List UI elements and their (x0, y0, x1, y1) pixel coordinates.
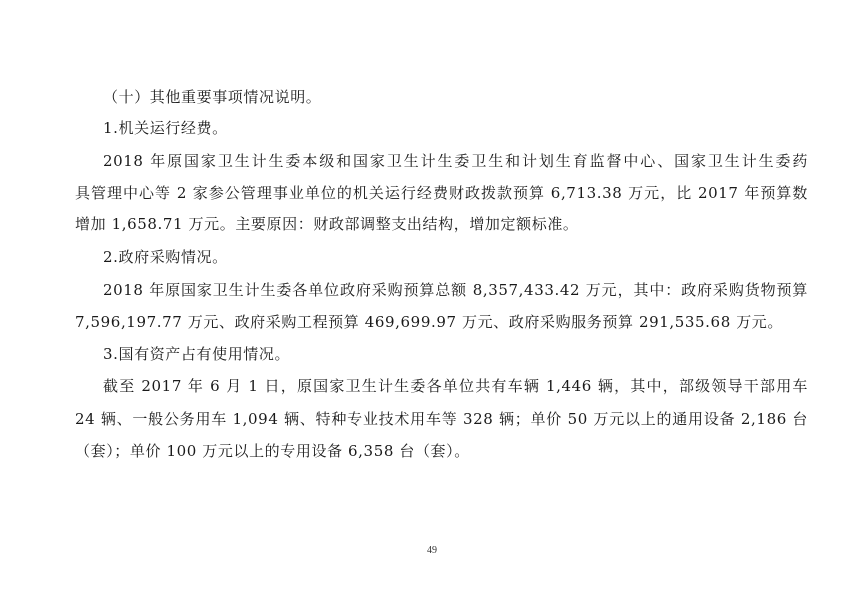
paragraph-line: 7,596,197.77 万元、政府采购工程预算 469,699.97 万元、政… (75, 310, 808, 334)
subheading-state-assets: 3.国有资产占有使用情况。 (103, 342, 808, 366)
document-page: （十）其他重要事项情况说明。 1.机关运行经费。 2018 年原国家卫生计生委本… (0, 0, 863, 603)
paragraph-line: 具管理中心等 2 家参公管理事业单位的机关运行经费财政拨款预算 6,713.38… (75, 181, 808, 205)
paragraph-line: 2018 年原国家卫生计生委各单位政府采购预算总额 8,357,433.42 万… (103, 278, 808, 302)
paragraph-line: 增加 1,658.71 万元。主要原因：财政部调整支出结构，增加定额标准。 (75, 212, 808, 236)
paragraph-line: 截至 2017 年 6 月 1 日，原国家卫生计生委各单位共有车辆 1,446 … (103, 374, 808, 398)
subheading-government-procurement: 2.政府采购情况。 (103, 245, 808, 269)
paragraph-line: 2018 年原国家卫生计生委本级和国家卫生计生委卫生和计划生育监督中心、国家卫生… (103, 149, 808, 173)
subheading-operating-expenses: 1.机关运行经费。 (103, 116, 808, 140)
section-heading-other-matters: （十）其他重要事项情况说明。 (103, 85, 808, 109)
page-number: 49 (420, 545, 444, 556)
paragraph-line: （套）；单价 100 万元以上的专用设备 6,358 台（套）。 (75, 439, 808, 463)
paragraph-line: 24 辆、一般公务用车 1,094 辆、特种专业技术用车等 328 辆；单价 5… (75, 407, 808, 431)
